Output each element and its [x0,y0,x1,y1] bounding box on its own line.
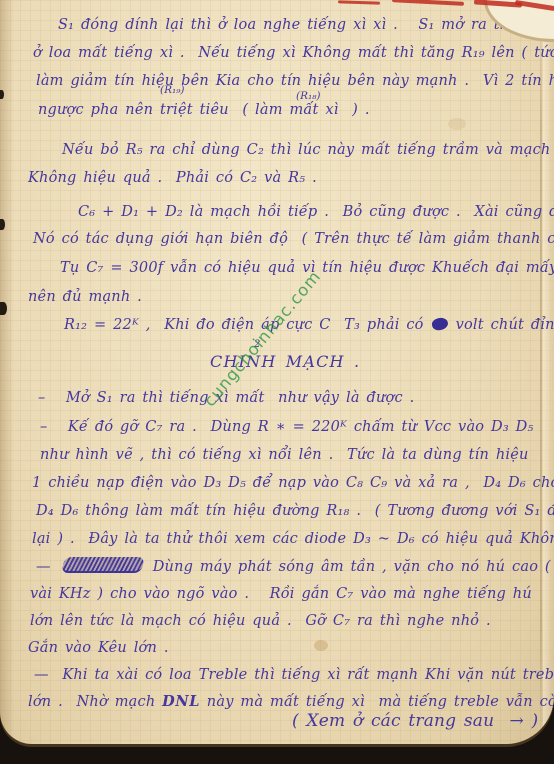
notebook-photo: S₁ đóng dính lại thì ở loa nghe tiếng xì… [0,0,554,764]
scribbled-word [61,557,145,573]
paper-speck [0,302,7,315]
note-line: —Dùng máy phát sóng âm tần , vặn cho nó … [36,557,554,577]
note-line-text: R₁₂ = 22ᴷ , Khi đo điện áp cực C T₃ phải… [64,317,424,333]
red-pen-mark [338,0,380,4]
page-arrow-note: ( Xem ở các trang sau → ) [292,710,538,732]
paper-right-edge [543,0,554,744]
note-line-text: này mà mất tiếng xì mà tiếng treble vẫn … [200,694,554,710]
note-line: Không hiệu quả . Phải có C₂ và R₅ . [28,169,317,188]
note-line: lại ) . Đây là ta thử thôi xem các diode… [32,530,554,549]
paper-speck [0,90,4,99]
note-line: Gắn vào Kêu lớn . [28,639,169,658]
note-line: C₆ + D₁ + D₂ là mạch hồi tiếp . Bỏ cũng … [78,203,554,222]
note-line: R₁₂ = 22ᴷ , Khi đo điện áp cực C T₃ phải… [64,316,554,335]
note-line-text: volt chút đỉnh . [456,317,554,333]
note-line: – Kế đó gỡ C₇ ra . Dùng R ∗ = 220ᴷ chấm … [40,418,534,437]
bullet-dash: — [36,559,51,575]
note-line-text: lớn . Nhờ mạch [28,694,162,710]
note-line: D₄ D₆ thông làm mất tín hiệu đường R₁₈ .… [36,502,554,521]
note-line: ở loa mất tiếng xì . Nếu tiếng xì Không … [33,44,554,63]
note-line: làm giảm tín hiệu bên Kia cho tín hiệu b… [36,72,554,91]
note-line: nên đủ mạnh . [28,288,142,307]
note-line: — Khi ta xài có loa Treble thì tiếng xì … [34,666,554,685]
paper-speck [0,219,5,230]
red-pen-mark [392,0,464,6]
paper: S₁ đóng dính lại thì ở loa nghe tiếng xì… [0,0,554,744]
dnl-label: DNL [162,693,200,710]
note-line: Nếu bỏ R₅ ra chỉ dùng C₂ thì lúc này mất… [62,141,550,160]
note-line: như hình vẽ , thì có tiếng xì nổi lên . … [40,446,529,465]
note-line: ngược pha nên triệt tiêu ( làm mất xì ) … [38,101,370,120]
paper-crease [540,20,542,735]
paper-left-edge [0,0,14,744]
paper-stain [314,640,328,651]
paper-stain [448,118,466,130]
note-line: vài KHz ) cho vào ngõ vào . Rồi gắn C₇ v… [30,585,532,604]
ink-blot [430,316,448,332]
annotation-r18: (R₁₈) [296,90,321,102]
note-line: S₁ đóng dính lại thì ở loa nghe tiếng xì… [58,16,514,35]
note-line-text: Dùng máy phát sóng âm tần , vặn cho nó h… [153,559,554,575]
note-line: lớn lên tức là mạch có hiệu quả . Gỡ C₇ … [30,612,491,631]
note-line: Nó có tác dụng giới hạn biên độ ( Trên t… [33,230,554,249]
note-line: 1 chiều nạp điện vào D₃ D₅ để nạp vào C₈… [32,474,554,493]
annotation-r19: (R₁₉) [160,84,185,96]
